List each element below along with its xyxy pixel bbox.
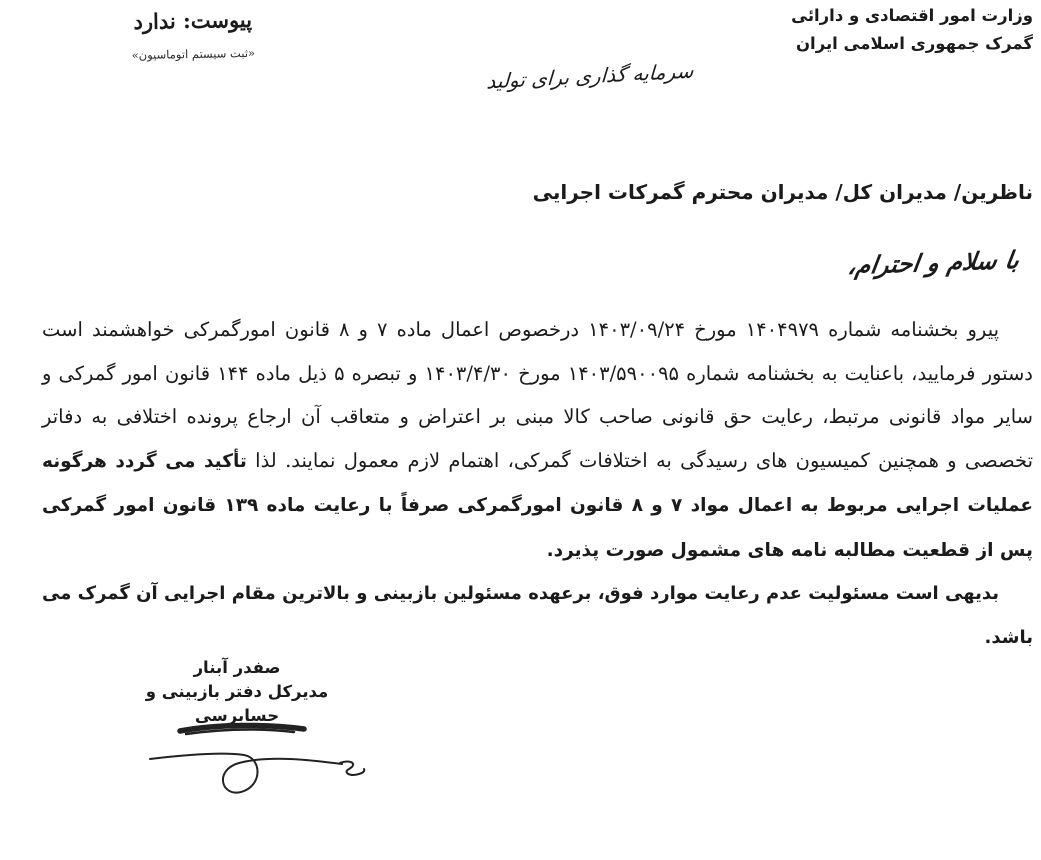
attachment-note: پیوست: ندارد [118, 7, 268, 35]
organization-name: گمرک جمهوری اسلامی ایران [791, 30, 1033, 58]
automation-registration-note: «ثبت سیستم اتوماسیون» [118, 46, 268, 63]
ministry-name: وزارت امور اقتصادی و دارائی [791, 2, 1033, 30]
addressee-line: ناظرین/ مدیران کل/ مدیران محترم گمرکات ا… [533, 180, 1033, 204]
paragraph-1-regular-text: پیرو بخشنامه شماره ۱۴۰۴۹۷۹ مورخ ۱۴۰۳/۰۹/… [42, 318, 1033, 472]
letterhead-left: پیوست: ندارد «ثبت سیستم اتوماسیون» [118, 7, 269, 63]
scanned-letter-page: { "letterhead": { "ministry": "وزارت امو… [0, 0, 1041, 860]
handwritten-greeting: با سلام و احترام، [846, 245, 1021, 280]
letter-body: پیرو بخشنامه شماره ۱۴۰۴۹۷۹ مورخ ۱۴۰۳/۰۹/… [42, 308, 1033, 659]
letterhead-right: وزارت امور اقتصادی و دارائی گمرک جمهوری … [791, 2, 1033, 58]
body-paragraph-2: بدیهی است مسئولیت عدم رعایت موارد فوق، ب… [42, 572, 1033, 659]
body-paragraph-1: پیرو بخشنامه شماره ۱۴۰۴۹۷۹ مورخ ۱۴۰۳/۰۹/… [42, 308, 1033, 572]
handwritten-signature-icon [142, 718, 402, 808]
signatory-name: صفدر آبنار [112, 656, 362, 680]
letterhead-slogan: سرمایه گذاری برای تولید [455, 57, 726, 95]
